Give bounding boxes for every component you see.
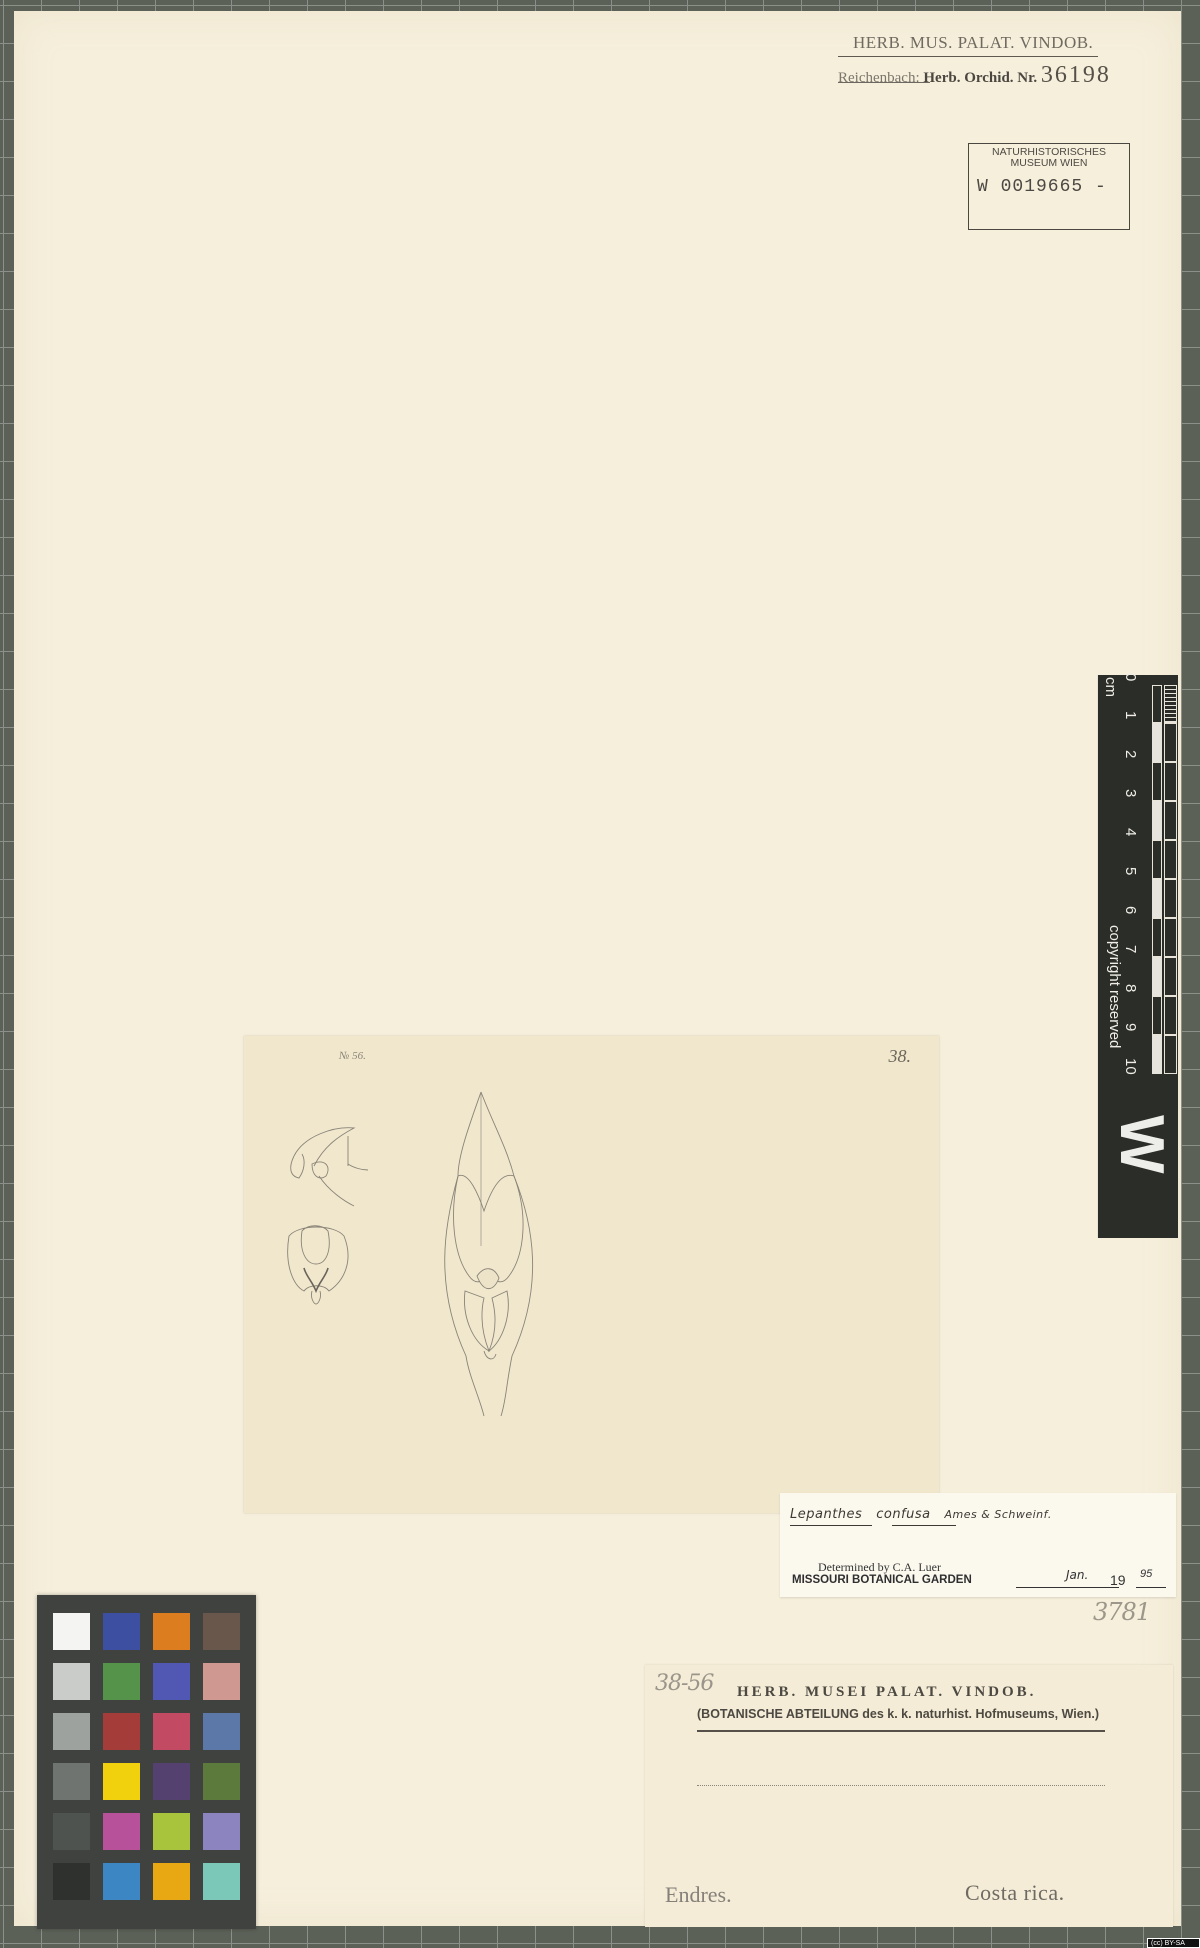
color-swatch: [53, 1613, 90, 1650]
color-calibration-chart: [37, 1595, 256, 1929]
label-subtitle: (BOTANISCHE ABTEILUNG des k. k. naturhis…: [697, 1707, 1099, 1721]
scale-segment: [1152, 723, 1162, 762]
scale-segment: [1164, 723, 1177, 762]
scale-segment: [1152, 762, 1162, 801]
color-swatch: [103, 1613, 140, 1650]
determination-label: Lepanthes confusa Ames & Schweinf. Deter…: [780, 1493, 1176, 1597]
color-swatch: [203, 1763, 240, 1800]
copyright-text: copyright reserved: [1106, 925, 1123, 1048]
year-prefix: 19: [1110, 1572, 1126, 1588]
scale-tick-0: 0: [1122, 673, 1139, 681]
taxon-genus: Lepanthes: [790, 1507, 862, 1522]
scale-mm-ticks: [1164, 685, 1177, 723]
botanical-drawing-card: № 56. 38.: [244, 1036, 939, 1513]
scale-segment: [1152, 801, 1162, 840]
color-swatch: [53, 1813, 90, 1850]
stamp-line2: MUSEUM WIEN: [969, 158, 1129, 169]
color-swatch: [153, 1813, 190, 1850]
color-swatch: [103, 1813, 140, 1850]
scale-bar: cm 0 1 2 3 4 5 6 7 8 9 10 copyright rese…: [1097, 675, 1178, 1238]
header-title: HERB. MUS. PALAT. VINDOB.: [853, 33, 1093, 53]
genus-underline: [790, 1525, 872, 1526]
color-swatch: [203, 1713, 240, 1750]
scale-segment: [1152, 840, 1162, 879]
color-swatch: [153, 1763, 190, 1800]
scale-segment: [1152, 918, 1162, 957]
label-title: HERB. MUSEI PALAT. VINDOB.: [737, 1684, 1036, 1701]
color-swatch: [153, 1613, 190, 1650]
scale-segment: [1152, 685, 1162, 723]
scale-segment: [1164, 996, 1177, 1035]
year-line: [1136, 1587, 1166, 1588]
scale-tick-2: 2: [1122, 750, 1139, 758]
color-swatch: [153, 1663, 190, 1700]
color-swatch: [53, 1863, 90, 1900]
scale-tick-6: 6: [1122, 906, 1139, 914]
scale-segment: [1164, 801, 1177, 840]
museum-logo: W: [1110, 1115, 1172, 1174]
color-swatch: [203, 1663, 240, 1700]
scale-unit: cm: [1102, 677, 1119, 697]
scale-segment: [1152, 957, 1162, 996]
determiner: Determined by C.A. Luer: [818, 1560, 941, 1575]
accession-number: 36198: [1041, 62, 1111, 88]
scale-segment: [1152, 996, 1162, 1035]
header-underline: [838, 82, 930, 83]
color-swatch: [203, 1613, 240, 1650]
color-swatch: [103, 1713, 140, 1750]
scale-tick-4: 4: [1122, 828, 1139, 836]
scale-tick-7: 7: [1122, 945, 1139, 953]
scale-segment: [1164, 1035, 1177, 1074]
color-swatch: [53, 1663, 90, 1700]
date-line: [1016, 1587, 1119, 1588]
header-rule: [838, 56, 1098, 57]
scale-tick-10: 10: [1122, 1058, 1139, 1075]
header-accession: Reichenbach: Herb. Orchid. Nr. 36198: [838, 62, 1111, 89]
scale-tick-3: 3: [1122, 789, 1139, 797]
collection-label: 38-56 HERB. MUSEI PALAT. VINDOB. (BOTANI…: [645, 1665, 1173, 1927]
species-underline: [892, 1525, 956, 1526]
license-badge: (cc) BY-SA: [1147, 1938, 1200, 1948]
orchid-flower-drawing: [244, 1036, 939, 1513]
scale-segment: [1164, 840, 1177, 879]
taxon-species: confusa: [876, 1507, 930, 1522]
scale-segment: [1164, 879, 1177, 918]
locality: Costa rica.: [965, 1880, 1065, 1906]
collector: Endres.: [665, 1882, 732, 1908]
scale-segment: [1152, 879, 1162, 918]
color-swatch: [53, 1763, 90, 1800]
collection-name: Reichenbach:: [838, 70, 920, 86]
determination-month: Jan.: [1066, 1568, 1088, 1582]
label-pencil-note: 38-56: [655, 1671, 713, 1696]
scale-tick-8: 8: [1122, 984, 1139, 992]
pencil-annotation: 3781: [1093, 1598, 1150, 1626]
scale-tick-1: 1: [1122, 711, 1139, 719]
label-dotted-line: [697, 1785, 1105, 1786]
museum-barcode-stamp: NATURHISTORISCHES MUSEUM WIEN W 0019665 …: [968, 143, 1130, 230]
scale-tick-9: 9: [1122, 1023, 1139, 1031]
taxon-author: Ames & Schweinf.: [945, 1508, 1052, 1521]
color-swatch: [103, 1663, 140, 1700]
color-swatch: [203, 1863, 240, 1900]
color-swatch: [153, 1863, 190, 1900]
color-swatch: [103, 1763, 140, 1800]
year-suffix: 95: [1140, 1568, 1152, 1580]
taxon-name: Lepanthes confusa Ames & Schweinf.: [790, 1507, 1052, 1522]
scale-segment: [1164, 918, 1177, 957]
institution: MISSOURI BOTANICAL GARDEN: [792, 1574, 972, 1586]
color-swatch: [203, 1813, 240, 1850]
color-swatch: [103, 1863, 140, 1900]
scale-segment: [1152, 1035, 1162, 1074]
scale-tick-5: 5: [1122, 867, 1139, 875]
color-swatch: [153, 1713, 190, 1750]
color-swatch: [53, 1713, 90, 1750]
barcode-number: W 0019665 -: [977, 177, 1129, 197]
label-rule: [697, 1730, 1105, 1732]
scale-segment: [1164, 957, 1177, 996]
herbarium-name: Herb. Orchid. Nr.: [923, 70, 1037, 86]
scale-segment: [1164, 762, 1177, 801]
